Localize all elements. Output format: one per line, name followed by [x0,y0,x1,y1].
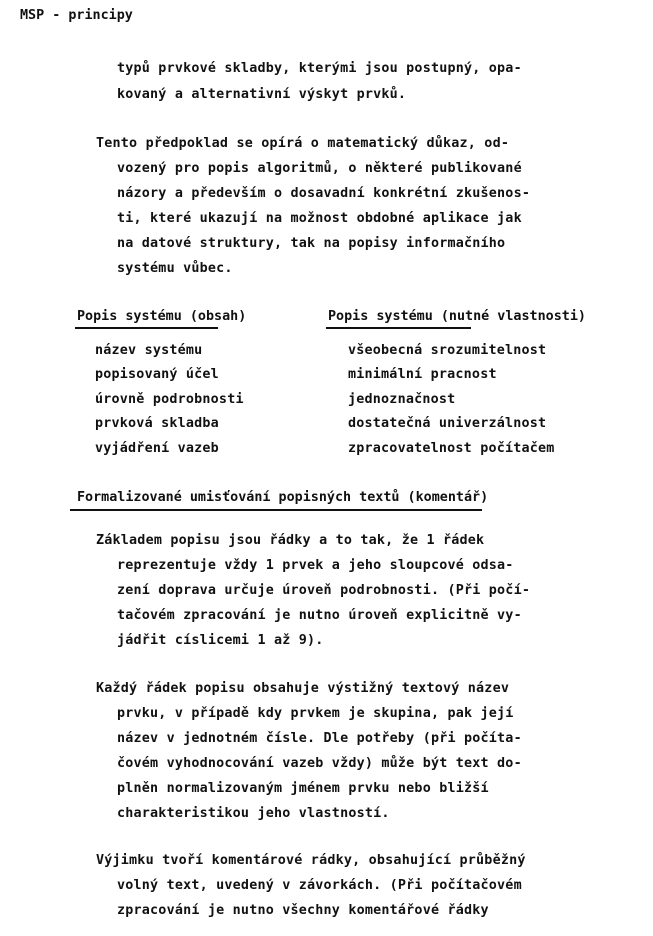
text-line: jádřit císlicemi 1 až 9). [117,633,324,648]
text-line: čovém vyhodnocování vazeb vždy) může být… [117,756,522,771]
text-line: plněn normalizovaným jménem prvku nebo b… [117,781,489,796]
left-heading-underlined: Popis systému [77,309,182,324]
right-heading-underlined: Popis systému [328,309,433,324]
text-line: názory a především o dosavadní konkrétní… [117,186,530,201]
left-item: prvková skladba [95,416,219,431]
left-item: úrovně podrobnosti [95,392,244,407]
text-line: vozený pro popis algoritmů, o některé pu… [117,161,522,176]
right-item: minimální pracnost [348,367,497,382]
page-header-title: MSP - principy [20,8,133,23]
text-line: Tento předpoklad se opírá o matematický … [96,136,509,151]
text-line: Výjimku tvoří komentárové rádky, obsahuj… [96,853,526,868]
left-heading-rest: (obsah) [182,309,247,324]
left-item: název systému [95,343,202,358]
section-heading: Formalizované umisťování popisných textů… [77,490,488,505]
text-line: kovaný a alternativní výskyt prvků. [117,87,406,102]
text-line: charakteristikou jeho vlastností. [117,806,390,821]
text-line: systému vůbec. [117,261,233,276]
text-line: ti, které ukazují na možnost obdobné apl… [117,211,522,226]
text-line: tačovém zpracování je nutno úroveň expli… [117,608,522,623]
section-heading-rest: (komentář) [399,490,488,505]
text-line: na datové struktury, tak na popisy infor… [117,236,505,251]
text-line: typů prvkové skladby, kterými jsou postu… [117,61,522,76]
right-column-heading: Popis systému (nutné vlastnosti) [328,309,586,324]
right-item: všeobecná srozumitelnost [348,343,546,358]
left-item: vyjádření vazeb [95,441,219,456]
text-line: zení doprava určuje úroveň podrobnosti. … [117,583,530,598]
text-line: volný text, uvedený v závorkách. (Při po… [117,878,522,893]
text-line: reprezentuje vždy 1 prvek a jeho sloupco… [117,558,514,573]
text-line: prvku, v případě kdy prvkem je skupina, … [117,706,514,721]
right-item: jednoznačnost [348,392,455,407]
section-heading-underlined: Formalizované umisťování popisných textů [77,490,399,505]
right-heading-underline [326,327,471,329]
left-heading-underline [75,327,218,329]
left-item: popisovaný účel [95,367,219,382]
text-line: název v jednotném čísle. Dle potřeby (př… [117,731,522,746]
right-heading-rest: (nutné vlastnosti) [433,309,586,324]
text-line: Základem popisu jsou řádky a to tak, že … [96,533,484,548]
left-column-heading: Popis systému (obsah) [77,309,246,324]
right-item: zpracovatelnost počítačem [348,441,555,456]
section-heading-underline [70,509,482,511]
text-line: Každý řádek popisu obsahuje výstižný tex… [96,681,509,696]
text-line: zpracování je nutno všechny komentářové … [117,903,489,918]
right-item: dostatečná univerzálnost [348,416,546,431]
